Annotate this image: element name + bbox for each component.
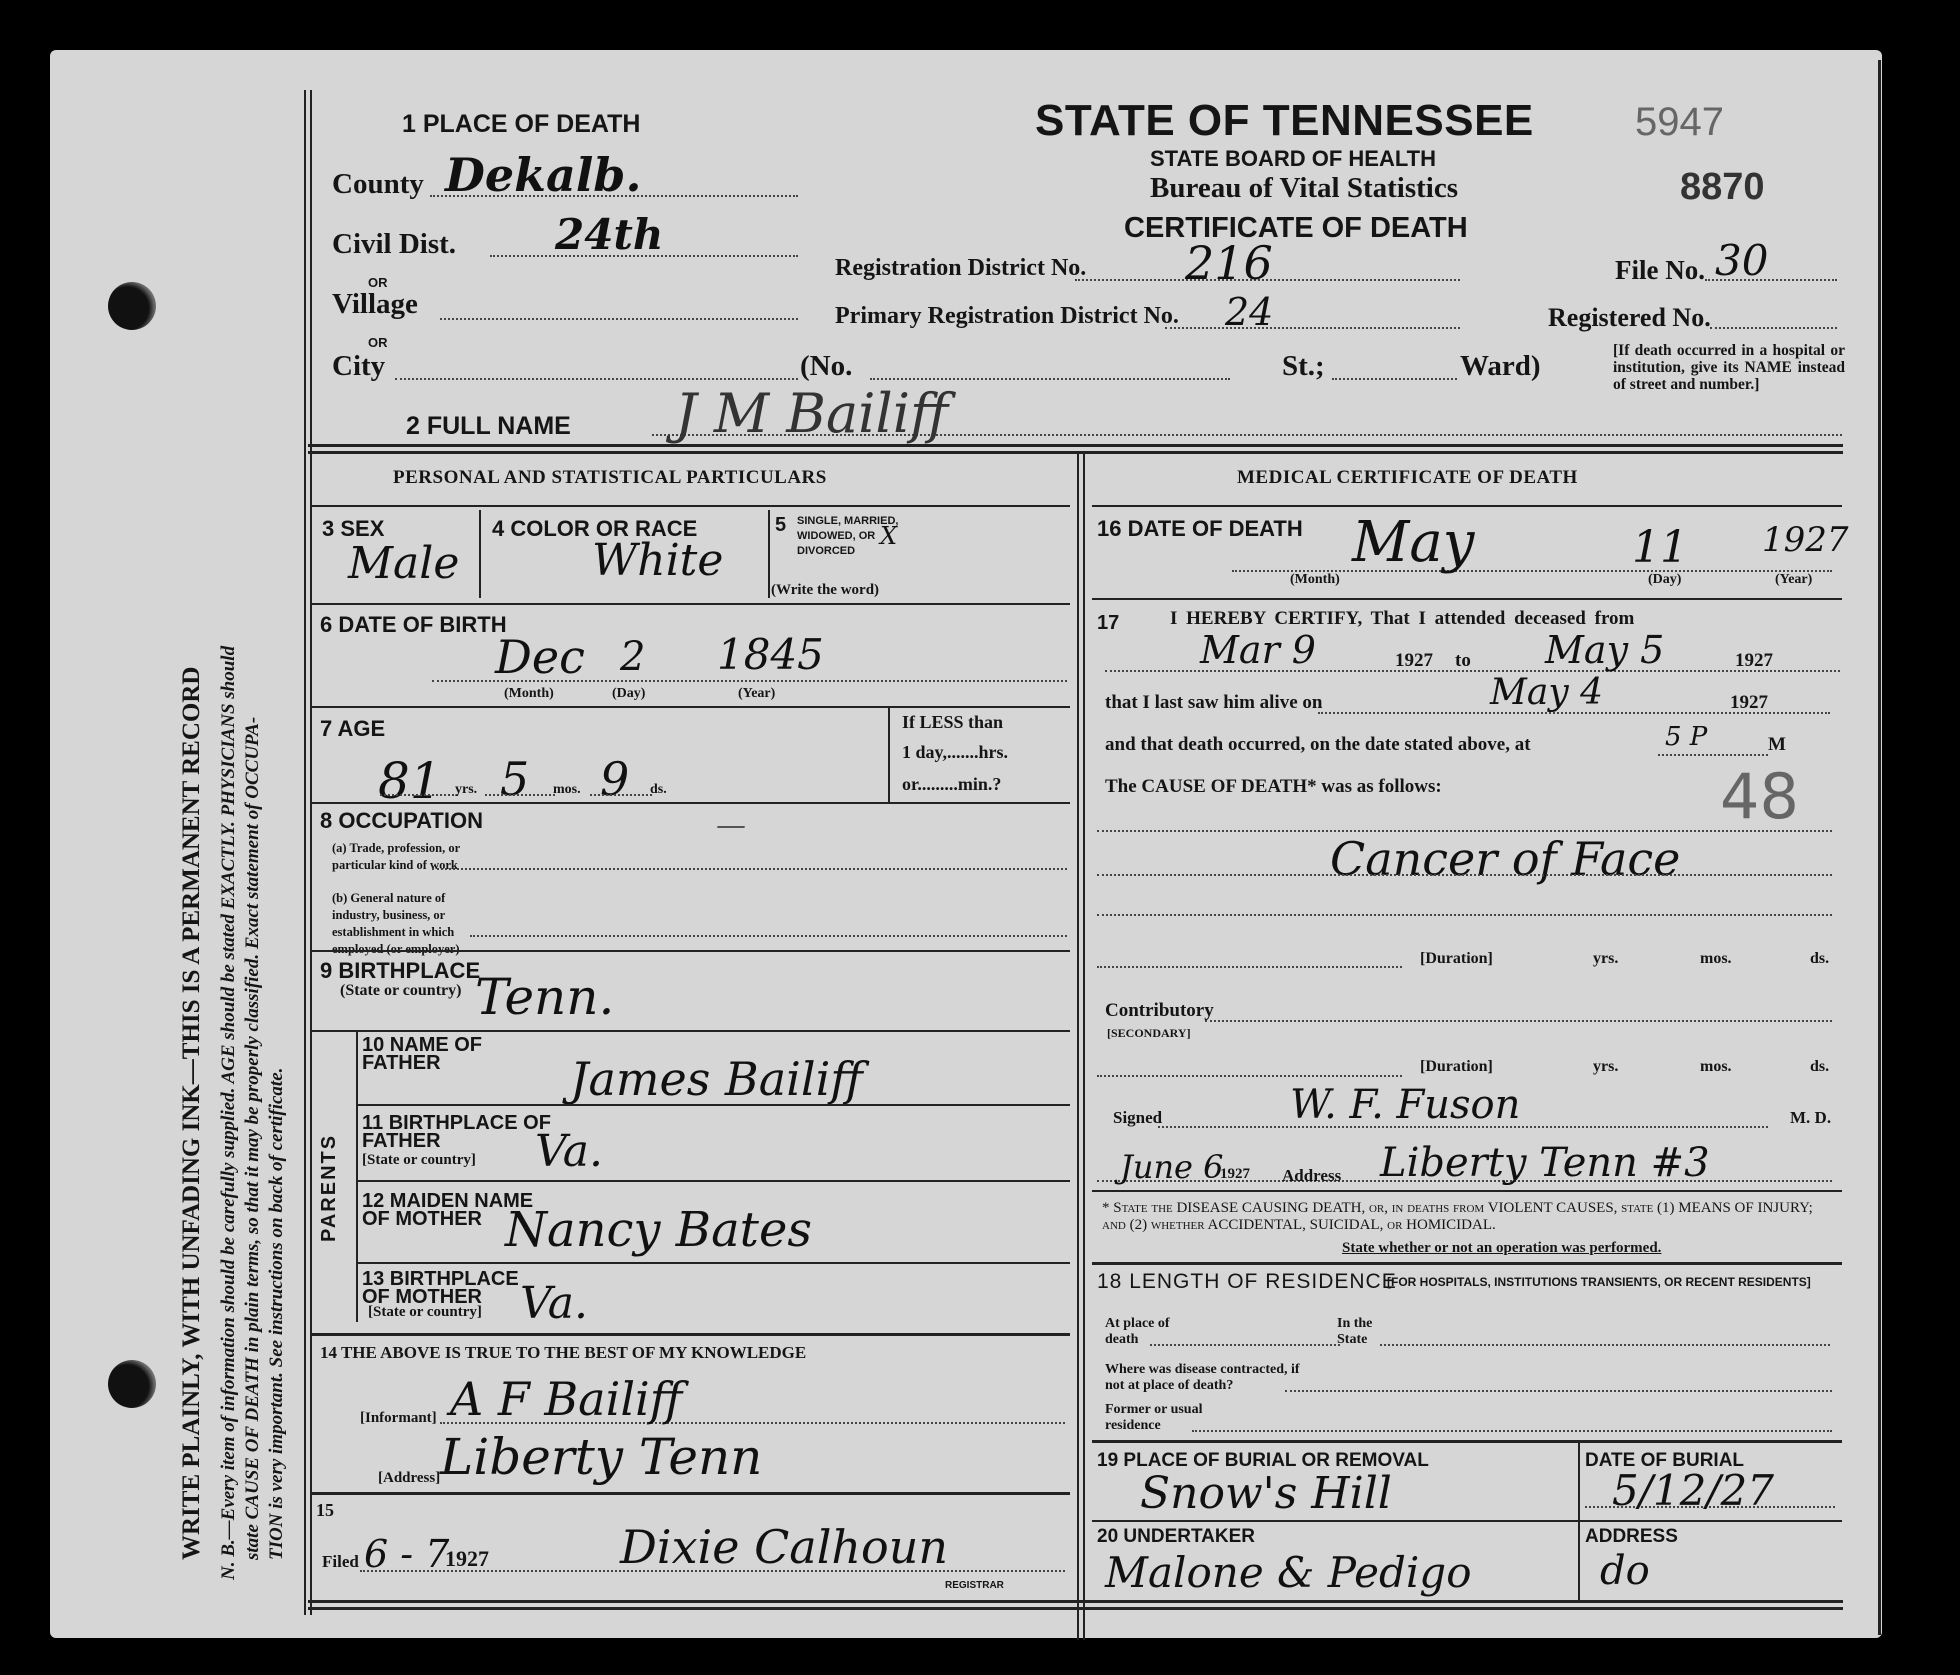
or-label-2: OR	[368, 335, 388, 350]
personal-section-title: PERSONAL AND STATISTICAL PARTICULARS	[393, 467, 827, 489]
dod-month[interactable]: May	[1352, 510, 1474, 575]
attended-to-value[interactable]: May 5	[1545, 628, 1664, 672]
village-label: Village	[332, 288, 418, 321]
undertaker-address-label: ADDRESS	[1585, 1526, 1678, 1548]
city-field-line	[395, 378, 798, 380]
row18-divider	[1092, 1440, 1842, 1443]
row14-divider	[310, 1492, 1070, 1495]
age-ds-caption: ds.	[650, 782, 667, 798]
item15-number: 15	[316, 1500, 334, 1521]
cause-line-3	[1097, 914, 1832, 916]
m-label: M	[1768, 734, 1786, 756]
age-yrs-caption: yrs.	[455, 782, 477, 798]
burial-date-value[interactable]: 5/12/27	[1612, 1466, 1774, 1515]
age-mos-caption: mos.	[553, 782, 581, 798]
primary-registration-line	[1165, 327, 1460, 329]
age-less-divider	[888, 708, 890, 804]
state-board: STATE BOARD OF HEALTH	[1150, 146, 1436, 172]
file-no-value[interactable]: 30	[1715, 236, 1768, 285]
dob-month[interactable]: Dec	[495, 630, 585, 684]
birthplace-label: 9 BIRTHPLACE	[320, 958, 480, 984]
cause-footnote: * State the DISEASE CAUSING DEATH, or, i…	[1102, 1200, 1834, 1234]
age-months-line	[485, 794, 555, 796]
to-label: to	[1455, 650, 1471, 672]
signed-value[interactable]: W. F. Fuson	[1290, 1082, 1520, 1128]
occupation-a-value[interactable]: —	[716, 808, 746, 843]
father-name-label: 10 NAME OF FATHER	[362, 1036, 542, 1072]
dob-year[interactable]: 1845	[717, 630, 824, 679]
duration-line-1	[1097, 966, 1402, 968]
row19-divider	[1092, 1520, 1842, 1522]
row16-divider	[1092, 598, 1842, 600]
row10-divider	[358, 1104, 1070, 1106]
street-label: St.;	[1282, 350, 1325, 383]
street-no-label: (No.	[800, 350, 852, 383]
dod-year[interactable]: 1927	[1762, 520, 1849, 560]
row7-divider	[310, 802, 1070, 804]
registrar-label: REGISTRAR	[945, 1580, 1004, 1591]
margin-nb-line2: state CAUSE OF DEATH in plain terms, so …	[242, 717, 264, 1560]
stamp-number-top: 5947	[1635, 100, 1724, 145]
medical-title-divider	[1092, 505, 1842, 507]
row17-sign-divider	[1092, 1190, 1842, 1192]
registered-no-label: Registered No.	[1548, 303, 1711, 333]
last-saw-label: that I last saw him alive on	[1105, 692, 1322, 714]
parents-label: PARENTS	[318, 1134, 341, 1242]
dod-day-caption: (Day)	[1648, 572, 1681, 588]
less-than-line2: 1 day,.......hrs.	[902, 742, 1008, 763]
dod-year-caption: (Year)	[1775, 572, 1812, 588]
file-no-label: File No.	[1615, 255, 1705, 286]
full-name-value[interactable]: J M Bailiff	[675, 382, 948, 445]
row5-divider	[310, 603, 1070, 605]
certify-text: I HEREBY CERTIFY, That I attended deceas…	[1170, 608, 1634, 630]
sex-race-divider	[479, 510, 481, 598]
duration-yrs-1: yrs.	[1593, 950, 1618, 968]
father-birthplace-value[interactable]: Va.	[535, 1126, 603, 1177]
primary-registration-value[interactable]: 24	[1225, 290, 1273, 334]
parents-divider	[356, 1032, 358, 1322]
where-contracted-line	[1285, 1390, 1832, 1392]
row11-divider	[358, 1180, 1070, 1182]
marital-note: (Write the word)	[771, 582, 879, 599]
death-time-line	[1658, 754, 1768, 756]
race-marital-divider	[768, 510, 770, 598]
signed-year: 1927	[1220, 1166, 1250, 1183]
occupation-b-label: (b) General nature of industry, business…	[332, 890, 482, 958]
secondary-label: [SECONDARY]	[1107, 1026, 1191, 1041]
duration-mos-1: mos.	[1700, 950, 1732, 968]
attended-from-value[interactable]: Mar 9	[1200, 628, 1316, 672]
duration-mos-2: mos.	[1700, 1058, 1732, 1076]
state-title: STATE OF TENNESSEE	[1035, 96, 1534, 146]
birthplace-value[interactable]: Tenn.	[475, 968, 614, 1026]
duration-line-2	[1097, 1075, 1402, 1077]
former-residence-line	[1192, 1430, 1832, 1432]
occupation-label: 8 OCCUPATION	[320, 808, 483, 834]
death-time-value[interactable]: 5 P	[1665, 722, 1707, 752]
dod-day[interactable]: 11	[1632, 522, 1688, 573]
item17-number: 17	[1097, 612, 1119, 635]
parents-bottom-divider	[310, 1333, 1070, 1336]
row17-divider	[1092, 1262, 1842, 1265]
age-days-line	[590, 794, 652, 796]
ward-field-line	[1332, 378, 1457, 380]
county-value[interactable]: Dekalb.	[445, 148, 642, 202]
civil-dist-value[interactable]: 24th	[555, 210, 663, 259]
informant-address-value[interactable]: Liberty Tenn	[440, 1428, 762, 1486]
undertaker-value[interactable]: Malone & Pedigo	[1105, 1548, 1471, 1597]
civil-dist-label: Civil Dist.	[332, 228, 456, 261]
margin-nb-line1: N. B.—Every item of information should b…	[218, 646, 240, 1580]
village-field-line	[440, 318, 798, 320]
race-value[interactable]: White	[592, 535, 723, 586]
knowledge-label: 14 THE ABOVE IS TRUE TO THE BEST OF MY K…	[320, 1343, 806, 1363]
marital-number: 5	[775, 514, 786, 537]
registration-district-label: Registration District No.	[835, 255, 1086, 282]
age-days[interactable]: 9	[600, 752, 629, 806]
residence-note: [FOR HOSPITALS, INSTITUTIONS TRANSIENTS,…	[1122, 1272, 1837, 1292]
dob-day[interactable]: 2	[620, 634, 645, 680]
less-than-line3: or.........min.?	[902, 774, 1001, 795]
filed-year: 1927	[445, 1546, 489, 1572]
death-time-label: and that death occurred, on the date sta…	[1105, 734, 1531, 756]
dob-month-caption: (Month)	[504, 686, 554, 702]
md-label: M. D.	[1790, 1108, 1831, 1128]
filed-date-value[interactable]: 6 - 7	[364, 1532, 449, 1576]
stamp-number-bottom: 8870	[1680, 166, 1765, 209]
personal-title-divider	[310, 505, 1070, 507]
undertaker-label: 20 UNDERTAKER	[1097, 1526, 1255, 1548]
row8-divider	[310, 950, 1070, 952]
father-name-value[interactable]: James Bailiff	[570, 1052, 863, 1106]
form-left-border	[304, 90, 312, 1615]
last-saw-year: 1927	[1730, 692, 1768, 714]
form-bottom-border	[308, 1600, 1843, 1610]
bureau-title: Bureau of Vital Statistics	[1150, 172, 1458, 205]
burial-place-value[interactable]: Snow's Hill	[1140, 1468, 1392, 1519]
primary-registration-label: Primary Registration District No.	[835, 303, 1179, 330]
margin-instruction: WRITE PLAINLY, WITH UNFADING INK—THIS IS…	[178, 667, 206, 1560]
name-divider	[308, 444, 1843, 454]
physician-address-value[interactable]: Liberty Tenn #3	[1380, 1140, 1710, 1186]
margin-nb-line3: TION is very important. See instructions…	[266, 1068, 288, 1560]
duration-label-1: [Duration]	[1420, 950, 1493, 968]
address-informant-label: [Address]	[378, 1470, 440, 1487]
occupation-a-line	[432, 868, 1067, 870]
informant-value[interactable]: A F Bailiff	[450, 1372, 682, 1426]
punch-hole-top	[108, 282, 156, 330]
street-field-line	[870, 378, 1230, 380]
undertaker-address-value[interactable]: do	[1600, 1548, 1650, 1594]
address-label: Address	[1282, 1166, 1341, 1186]
contributory-line	[1205, 1020, 1832, 1022]
duration-label-2: [Duration]	[1420, 1058, 1493, 1076]
city-label: City	[332, 350, 385, 383]
marital-value[interactable]: X	[880, 522, 897, 550]
informant-label: [Informant]	[360, 1410, 437, 1427]
punch-hole-bottom	[108, 1360, 156, 1408]
age-years-line	[380, 794, 458, 796]
registered-no-line	[1710, 327, 1837, 329]
dob-label: 6 DATE OF BIRTH	[320, 612, 507, 638]
age-label: 7 AGE	[320, 716, 385, 742]
last-saw-value[interactable]: May 4	[1490, 672, 1603, 713]
row6-divider	[310, 706, 1070, 708]
county-label: County	[332, 168, 424, 201]
father-birthplace-label: 11 BIRTHPLACE OF FATHER	[362, 1114, 552, 1150]
cause-line-2	[1097, 874, 1832, 876]
dob-day-caption: (Day)	[612, 686, 645, 702]
attended-from-year: 1927	[1395, 650, 1433, 672]
medical-section-title: MEDICAL CERTIFICATE OF DEATH	[1237, 467, 1578, 489]
contributory-label: Contributory	[1105, 1000, 1214, 1022]
cause-label: The CAUSE OF DEATH* was as follows:	[1105, 776, 1442, 798]
cause-value[interactable]: Cancer of Face	[1330, 832, 1680, 886]
column-divider	[1077, 452, 1085, 1640]
mother-name-value[interactable]: Nancy Bates	[505, 1202, 812, 1258]
hospital-note: [If death occurred in a hospital or inst…	[1613, 342, 1845, 393]
father-birthplace-sub: [State or country]	[362, 1152, 476, 1169]
where-contracted-label: Where was disease contracted, if not at …	[1105, 1362, 1315, 1394]
birthplace-sub: (State or country)	[340, 982, 461, 1000]
dod-month-caption: (Month)	[1290, 572, 1340, 588]
signed-label: Signed	[1113, 1108, 1162, 1128]
cause-code: 48	[1720, 760, 1799, 833]
duration-yrs-2: yrs.	[1593, 1058, 1618, 1076]
sex-value[interactable]: Male	[348, 538, 459, 589]
row9-divider	[310, 1030, 1070, 1032]
place-of-death-section-label: 1 PLACE OF DEATH	[402, 110, 640, 139]
mother-birthplace-sub: [State or country]	[368, 1304, 482, 1321]
at-place-line	[1150, 1344, 1340, 1346]
certificate-title: CERTIFICATE OF DEATH	[1124, 212, 1468, 245]
signed-date-value[interactable]: June 6	[1120, 1148, 1224, 1186]
in-state-line	[1380, 1344, 1830, 1346]
mother-birthplace-value[interactable]: Va.	[520, 1278, 588, 1329]
ward-label: Ward)	[1460, 350, 1541, 383]
dod-label: 16 DATE OF DEATH	[1097, 516, 1303, 542]
form-right-border	[1878, 60, 1881, 1635]
dob-year-caption: (Year)	[738, 686, 775, 702]
registration-district-value[interactable]: 216	[1185, 236, 1273, 290]
occupation-b-line	[470, 935, 1067, 937]
full-name-label: 2 FULL NAME	[406, 412, 571, 441]
age-months[interactable]: 5	[500, 752, 529, 806]
row12-divider	[358, 1262, 1070, 1264]
less-than-line1: If LESS than	[902, 712, 1003, 733]
duration-ds-2: ds.	[1810, 1058, 1829, 1076]
operation-note: State whether or not an operation was pe…	[1342, 1240, 1661, 1257]
filed-label: Filed	[322, 1552, 359, 1572]
duration-ds-1: ds.	[1810, 950, 1829, 968]
attended-to-year: 1927	[1735, 650, 1773, 672]
registrar-signature[interactable]: Dixie Calhoun	[620, 1520, 948, 1574]
